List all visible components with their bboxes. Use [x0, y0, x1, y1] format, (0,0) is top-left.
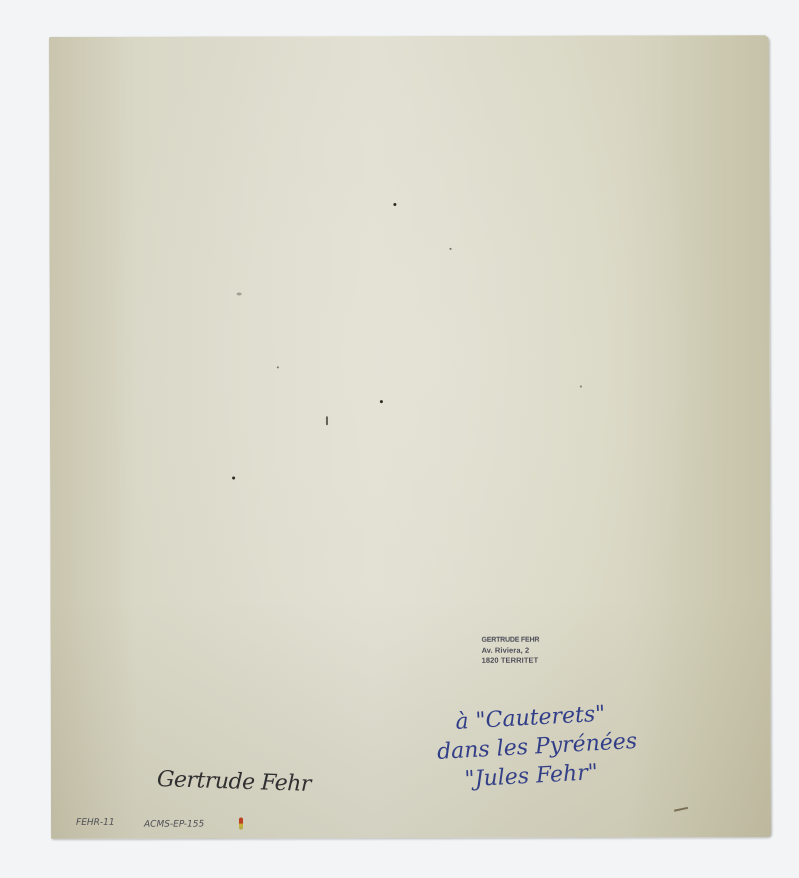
address-stamp: GERTRUDE FEHR Av. Riviera, 2 1820 TERRIT… [482, 636, 540, 666]
paper-mark [326, 416, 328, 425]
pencil-note-catalog: ACMS-EP-155 [144, 820, 204, 830]
paper-speck [450, 248, 452, 250]
color-marker-tab [239, 817, 243, 829]
paper-speck [277, 366, 279, 368]
paper-smudge [237, 292, 242, 295]
paper-speck [232, 476, 235, 479]
stamp-line-name: GERTRUDE FEHR [482, 636, 540, 646]
paper-speck [393, 203, 396, 206]
stamp-line-city: 1820 TERRITET [482, 656, 540, 666]
paper-speck [580, 386, 582, 388]
artist-signature: Gertrude Fehr [157, 767, 312, 797]
paper-sheet: GERTRUDE FEHR Av. Riviera, 2 1820 TERRIT… [49, 35, 771, 839]
stamp-line-street: Av. Riviera, 2 [482, 646, 540, 656]
paper-speck [380, 400, 383, 403]
pencil-dash [674, 807, 688, 811]
handwritten-inscription: à "Cauterets" dans les Pyrénées "Jules F… [455, 698, 640, 795]
pencil-note-inventory: FEHR-11 [76, 818, 115, 828]
